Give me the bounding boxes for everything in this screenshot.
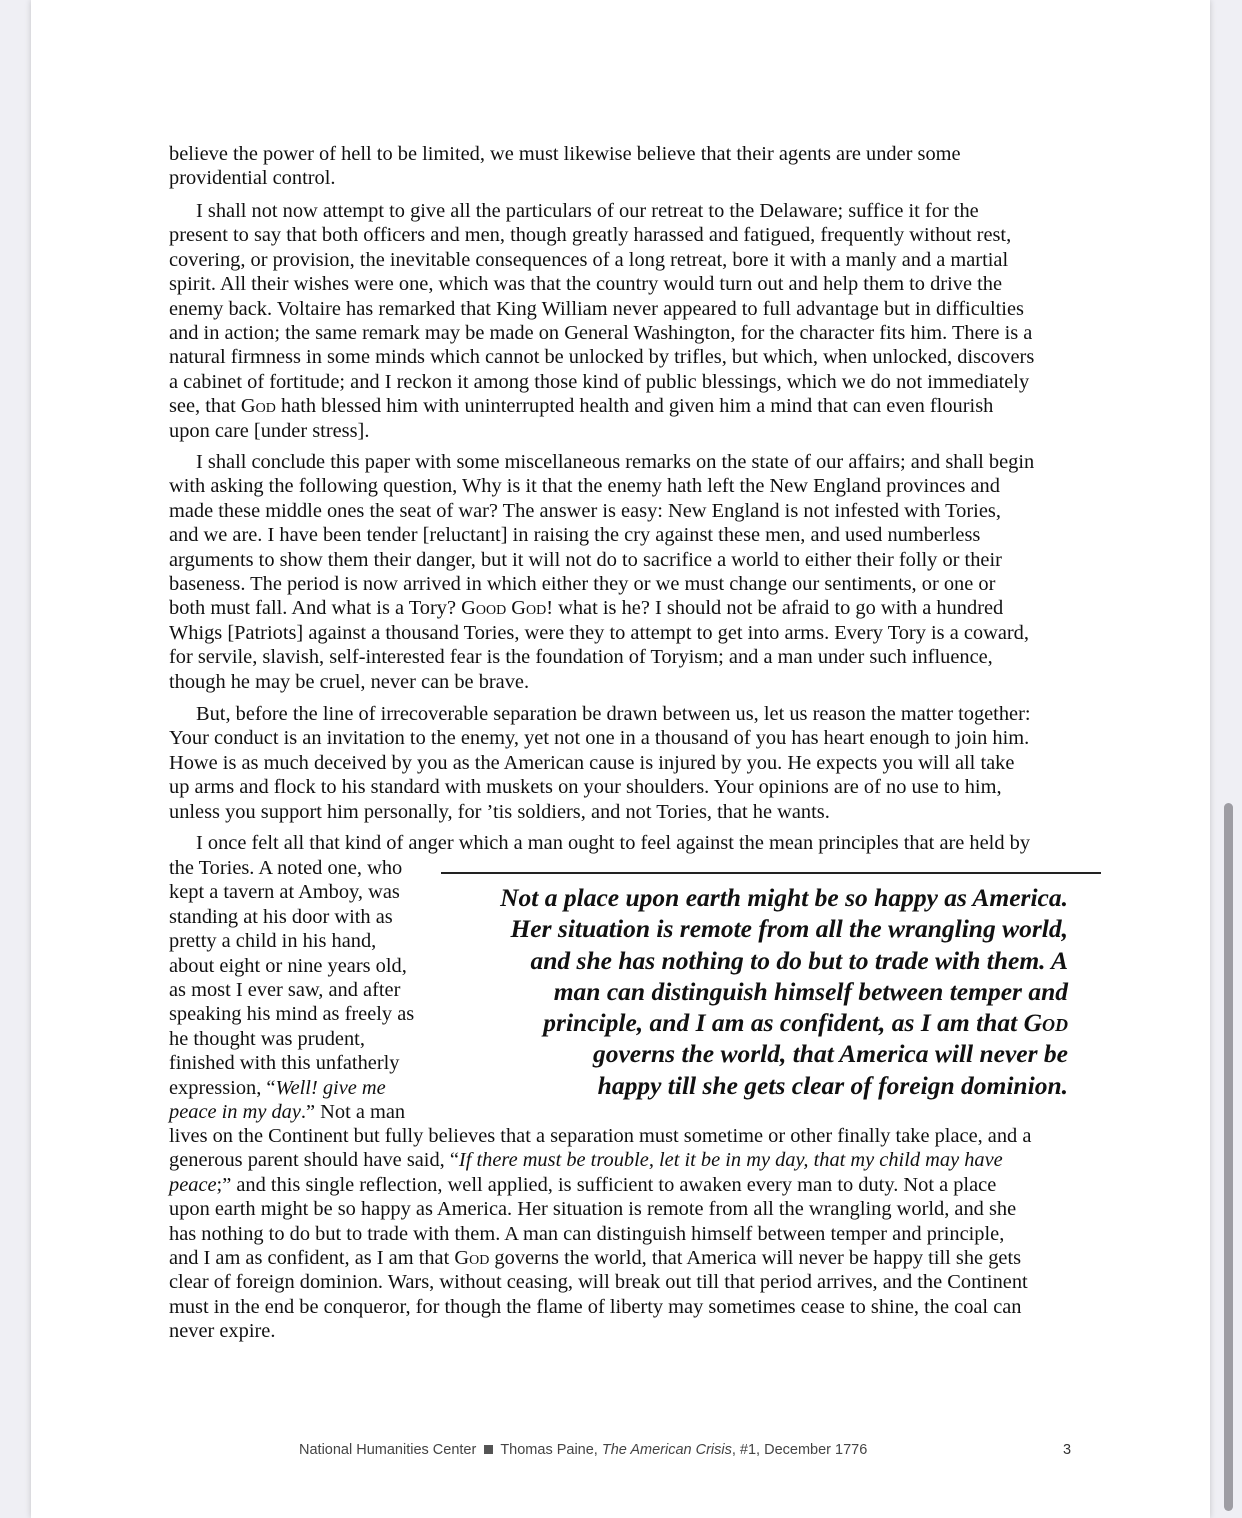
text-line: a cabinet of fortitude; and I reckon it …: [169, 370, 1079, 394]
italic-run: peace: [169, 1174, 217, 1196]
text-line: lives on the Continent but fully believe…: [169, 1124, 1079, 1148]
text-line: speaking his mind as freely as: [169, 1002, 449, 1026]
text-line: the Tories. A noted one, who: [169, 856, 449, 880]
text-line: as most I ever saw, and after: [169, 978, 449, 1002]
footer-work-title: The American Crisis: [602, 1442, 732, 1458]
small-caps-run: God: [454, 1247, 489, 1269]
text-run: see, that: [169, 395, 241, 417]
paragraph-5-continued: lives on the Continent but fully believe…: [169, 1124, 1079, 1344]
text-run: principle, and I am as confident, as I a…: [543, 1008, 1023, 1037]
paragraph-3: I shall conclude this paper with some mi…: [169, 450, 1079, 694]
text-run: expression, “: [169, 1077, 275, 1099]
text-line: and in action; the same remark may be ma…: [169, 321, 1079, 345]
small-caps-run: God: [241, 395, 276, 417]
page-footer: National Humanities CenterThomas Paine, …: [299, 1442, 867, 1458]
footer-rest: , #1, December 1776: [732, 1442, 867, 1458]
pull-quote: Not a place upon earth might be so happy…: [441, 882, 1068, 1101]
text-line: natural firmness in some minds which can…: [169, 345, 1079, 369]
text-run: hath blessed him with uninterrupted heal…: [276, 395, 993, 417]
text-line: with asking the following question, Why …: [169, 474, 1079, 498]
page-number: 3: [1063, 1442, 1071, 1458]
text-line: expression, “Well! give me: [169, 1076, 449, 1100]
scrollbar-thumb[interactable]: [1224, 803, 1233, 1511]
text-line: clear of foreign dominion. Wars, without…: [169, 1270, 1079, 1294]
text-line: must in the end be conqueror, for though…: [169, 1295, 1079, 1319]
text-line: see, that God hath blessed him with unin…: [169, 394, 1079, 418]
italic-run: peace in my day: [169, 1101, 301, 1123]
paragraph-2: I shall not now attempt to give all the …: [169, 199, 1079, 443]
text-line: enemy back. Voltaire has remarked that K…: [169, 297, 1079, 321]
text-line: both must fall. And what is a Tory? Good…: [169, 596, 1079, 620]
text-line: arguments to show them their danger, but…: [169, 548, 1079, 572]
document-page: believe the power of hell to be limited,…: [31, 0, 1210, 1518]
paragraph-5-first-line: I once felt all that kind of anger which…: [169, 831, 1079, 855]
text-run: governs the world, that America will nev…: [489, 1247, 1021, 1269]
footer-org: National Humanities Center: [299, 1442, 476, 1458]
text-line: and I am as confident, as I am that God …: [169, 1246, 1079, 1270]
small-caps-run: God: [1024, 1008, 1068, 1037]
square-bullet-icon: [484, 1445, 493, 1454]
text-run: both must fall. And what is a Tory?: [169, 597, 461, 619]
pull-quote-line: principle, and I am as confident, as I a…: [441, 1007, 1068, 1038]
text-line: spirit. All their wishes were one, which…: [169, 272, 1079, 296]
text-line: he thought was prudent,: [169, 1027, 449, 1051]
pull-quote-line: Not a place upon earth might be so happy…: [441, 882, 1068, 913]
italic-run: Well! give me: [275, 1077, 385, 1099]
text-line: pretty a child in his hand,: [169, 929, 449, 953]
text-line: about eight or nine years old,: [169, 954, 449, 978]
text-run: generous parent should have said, “: [169, 1149, 459, 1171]
text-line: covering, or provision, the inevitable c…: [169, 248, 1079, 272]
paragraph-1: believe the power of hell to be limited,…: [169, 142, 1079, 191]
pull-quote-line: happy till she gets clear of foreign dom…: [441, 1070, 1068, 1101]
text-run: and I am as confident, as I am that: [169, 1247, 454, 1269]
pull-quote-line: governs the world, that America will nev…: [441, 1038, 1068, 1069]
text-line: unless you support him personally, for ’…: [169, 800, 1079, 824]
text-line: peace in my day.” Not a man: [169, 1100, 449, 1124]
text-line: Your conduct is an invitation to the ene…: [169, 726, 1079, 750]
text-line: peace;” and this single reflection, well…: [169, 1173, 1079, 1197]
text-line: for servile, slavish, self-interested fe…: [169, 645, 1079, 669]
italic-run: If there must be trouble, let it be in m…: [459, 1149, 1003, 1171]
pull-quote-rule: [441, 872, 1101, 874]
text-line: generous parent should have said, “If th…: [169, 1148, 1079, 1172]
text-line: up arms and flock to his standard with m…: [169, 775, 1079, 799]
text-line: present to say that both officers and me…: [169, 223, 1079, 247]
text-line: Whigs [Patriots] against a thousand Tori…: [169, 621, 1079, 645]
text-line: Howe is as much deceived by you as the A…: [169, 751, 1079, 775]
paragraph-4: But, before the line of irrecoverable se…: [169, 702, 1079, 824]
text-line: finished with this unfatherly: [169, 1051, 449, 1075]
pull-quote-line: Her situation is remote from all the wra…: [441, 913, 1068, 944]
text-line: standing at his door with as: [169, 905, 449, 929]
text-run: ! what is he? I should not be afraid to …: [546, 597, 1003, 619]
text-run: .” Not a man: [301, 1101, 405, 1123]
text-line: believe the power of hell to be limited,…: [169, 142, 1079, 166]
pull-quote-line: man can distinguish himself between temp…: [441, 976, 1068, 1007]
text-line: made these middle ones the seat of war? …: [169, 499, 1079, 523]
text-line: upon earth might be so happy as America.…: [169, 1197, 1079, 1221]
text-line: upon care [under stress].: [169, 419, 1079, 443]
small-caps-run: Good God: [461, 597, 546, 619]
text-line: providential control.: [169, 166, 1079, 190]
text-line: I shall conclude this paper with some mi…: [169, 450, 1079, 474]
text-line: and we are. I have been tender [reluctan…: [169, 523, 1079, 547]
paragraph-5-wrapped-column: the Tories. A noted one, who kept a tave…: [169, 856, 449, 1124]
pull-quote-line: and she has nothing to do but to trade w…: [441, 945, 1068, 976]
text-run: ;” and this single reflection, well appl…: [217, 1174, 997, 1196]
footer-author: Thomas Paine,: [500, 1442, 602, 1458]
text-line: I once felt all that kind of anger which…: [169, 831, 1079, 855]
text-line: baseness. The period is now arrived in w…: [169, 572, 1079, 596]
text-line: never expire.: [169, 1319, 1079, 1343]
text-line: I shall not now attempt to give all the …: [169, 199, 1079, 223]
text-line: But, before the line of irrecoverable se…: [169, 702, 1079, 726]
text-line: though he may be cruel, never can be bra…: [169, 670, 1079, 694]
text-line: has nothing to do but to trade with them…: [169, 1222, 1079, 1246]
text-line: kept a tavern at Amboy, was: [169, 880, 449, 904]
